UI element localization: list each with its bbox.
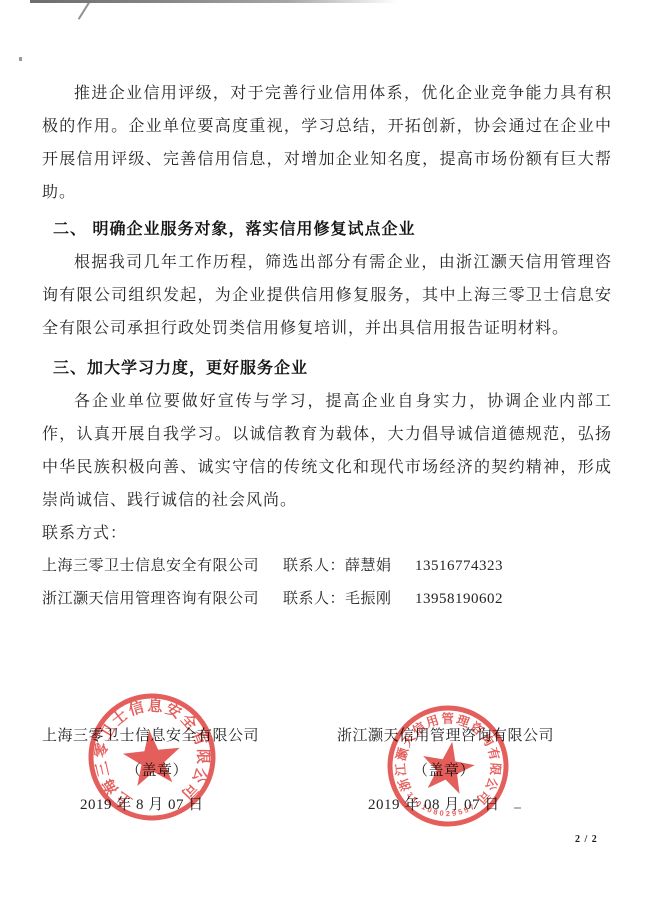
signature-company-name: 浙江灏天信用管理咨询有限公司 [337,726,617,746]
document-body: 推进企业信用评级，对于完善行业信用体系，优化企业竞争能力具有积极的作用。企业单位… [42,77,612,616]
contact-phone: 13516774323 [415,550,503,583]
contact-company: 浙江灏天信用管理咨询有限公司 [42,583,283,616]
contact-row-shanghai: 上海三零卫士信息安全有限公司 联系人：薛慧娟 13516774323 [42,550,612,583]
seal-here-label: （盖章） [42,762,322,780]
contact-section-label: 联系方式： [42,517,612,550]
section-heading-2: 二、 明确企业服务对象，落实信用修复试点企业 [42,213,612,246]
paragraph-credit-rating: 推进企业信用评级，对于完善行业信用体系，优化企业竞争能力具有积极的作用。企业单位… [42,77,612,209]
contact-phone: 13958190602 [415,583,503,616]
signature-block-left: 上海三零卫士信息安全有限公司 （盖章） 2019 年 8 月 07 日 [42,726,322,815]
signature-company-name: 上海三零卫士信息安全有限公司 [42,726,322,746]
contact-row-zhejiang: 浙江灏天信用管理咨询有限公司 联系人：毛振刚 13958190602 [42,583,612,616]
seal-here-label: （盖章） [337,762,617,780]
signature-date: 2019 年 08 月 07 日 [337,795,617,815]
contact-person: 联系人：薛慧娟 [283,550,415,583]
paragraph-service-targets: 根据我司几年工作历程，筛选出部分有需企业，由浙江灏天信用管理咨询有限公司组织发起… [42,246,612,345]
page-number: 2 / 2 [575,834,598,845]
signature-block-right: 浙江灏天信用管理咨询有限公司 （盖章） 2019 年 08 月 07 日 [337,726,617,815]
contact-person: 联系人：毛振刚 [283,583,415,616]
paragraph-learning: 各企业单位要做好宣传与学习，提高企业自身实力，协调企业内部工作，认真开展自我学习… [42,385,612,517]
scan-artifact-speck [19,57,22,61]
scan-artifact-top-line [30,0,398,3]
section-heading-3: 三、加大学习力度，更好服务企业 [42,352,612,385]
contact-company: 上海三零卫士信息安全有限公司 [42,550,283,583]
signature-date: 2019 年 8 月 07 日 [42,795,322,815]
